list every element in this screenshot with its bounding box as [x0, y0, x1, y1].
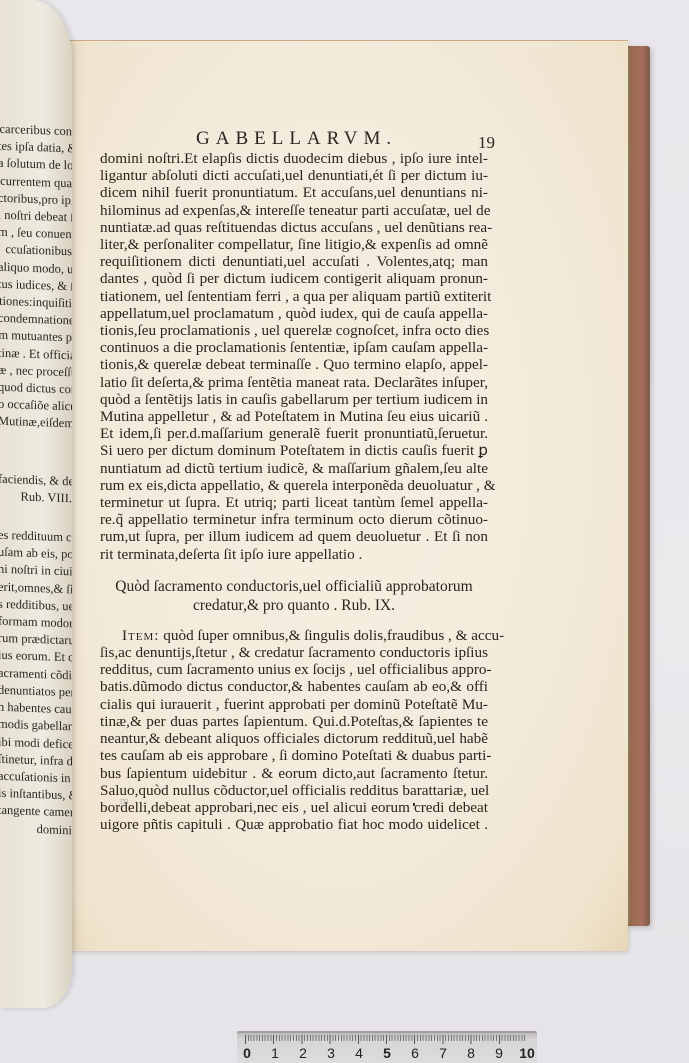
- text-line: dantes , quòd ſi per dictum iudicem cont…: [100, 270, 488, 287]
- initial-word: Item:: [122, 627, 160, 644]
- text-line: ligantur abſoluti dicti accuſati,uel den…: [100, 167, 488, 184]
- running-head: GABELLARVM.: [196, 128, 397, 150]
- ruler-label: 7: [439, 1045, 447, 1061]
- facing-line: Mutinæ,eiſdem p: [0, 413, 72, 433]
- paragraph-2: Item: quòd ſuper omnibus,& ſingulis doli…: [100, 627, 488, 833]
- ruler-label: 2: [299, 1045, 307, 1061]
- ruler-label: 5: [383, 1045, 391, 1061]
- text-line: Mutina appelletur , & ad Poteſtatem in M…: [100, 408, 488, 425]
- text-line: redditus, cum ſacramento unius ex ſocijs…: [100, 661, 488, 678]
- text-line: rum ex eis,dicta appellatio, & querela i…: [100, 477, 488, 494]
- ruler-labels: 0 1 2 3 4 5 6 7 8 9 10: [237, 1045, 537, 1063]
- text-line: ſis,ac denuntijs,ſtetur , & credatur ſac…: [100, 644, 488, 661]
- text-line: dicem nihil fuerit pronuntiatum. Et accu…: [100, 184, 488, 201]
- facing-line: ccuſationibus: [0, 241, 72, 261]
- text-line: liter,& perſonaliter compellatur, ſine l…: [100, 236, 488, 253]
- facing-gap: [0, 430, 72, 473]
- text-line: Item: quòd ſuper omnibus,& ſingulis doli…: [100, 627, 488, 644]
- facing-rubric-line: faciendis, & de: [0, 470, 72, 490]
- text-line: hilominus ad expenſas,& intereſſe teneat…: [100, 202, 488, 219]
- text-line: batis.dũmodo dictus conductor,& habentes…: [100, 678, 488, 695]
- facing-page-text: carceribus con tes ipſa datia, & a ſolut…: [0, 121, 72, 839]
- text-line: Et idem,ſi per.d.maſſarium generalẽ fuer…: [100, 425, 488, 442]
- text-line: nuntiatæ.ad quas reſtituendas dictus acc…: [100, 219, 488, 236]
- facing-line: modis gabellarum: [0, 716, 72, 736]
- ruler-label: 1: [271, 1045, 279, 1061]
- text-line: bus ſapientum uidebitur . & eorum dicto,…: [100, 765, 488, 782]
- text-line: tionis,ſeu proclamationis , uel querelæ …: [100, 322, 488, 339]
- text-line: requiſitionem dicti denuntiati,uel accuſ…: [100, 253, 488, 270]
- text-line: rit terminata,deſerta ſit ipſo iure appe…: [100, 546, 488, 563]
- facing-page-curl: carceribus con tes ipſa datia, & a ſolut…: [0, 0, 72, 1008]
- ruler-label: 9: [495, 1045, 503, 1061]
- page-body-text: domini noſtri.Et elapſis dictis duodecim…: [100, 150, 488, 833]
- ruler-label: 10: [519, 1045, 535, 1061]
- ruler-label: 0: [243, 1045, 251, 1061]
- ruler-label: 4: [355, 1045, 363, 1061]
- facing-line: m mutuantes p: [0, 327, 72, 347]
- facing-line: tangente camere l: [0, 802, 72, 822]
- text-line: rum,ut ſupra, per illum iudicem ad quem …: [100, 528, 488, 545]
- text-line: tinæ,& per duas partes ſapientum. Qui.d.…: [100, 713, 488, 730]
- ruler-ticks: [245, 1035, 527, 1044]
- text-line: tiationem, uel ſententiam ferri , a qua …: [100, 288, 488, 305]
- ruler-label: 3: [327, 1045, 335, 1061]
- facing-line: currentem qua: [0, 172, 72, 192]
- text-line: re.q̃ appellatio terminetur infra termin…: [100, 511, 488, 528]
- facing-line: domini: [0, 819, 72, 839]
- facing-line: a ſolutum de lo: [0, 155, 72, 175]
- text-line: uigore pñtis capituli . Quæ approbatio f…: [100, 816, 488, 833]
- ruler-label: 8: [467, 1045, 475, 1061]
- facing-line: ni noſtri in ciuit: [0, 561, 72, 581]
- text-line: quòd a ſentẽtijs latis in cauſis gabella…: [100, 391, 488, 408]
- text-line: Si uero per dictum dominum Poteſtatem in…: [100, 442, 488, 459]
- text-line: cialis qui iurauerit , fuerint approbati…: [100, 696, 488, 713]
- text-line: continuos a die proclamationis ſententiæ…: [100, 339, 488, 356]
- text-line: neantur,& debeant aliquos officiales dic…: [100, 730, 488, 747]
- rubric-line: Quòd ſacramento conductoris,uel official…: [100, 577, 488, 596]
- facing-line: ius eorum. Et qu: [0, 647, 72, 667]
- facing-line: ibi modi deficeret: [0, 733, 72, 753]
- rubric-line: credatur,& pro quanto . Rub. IX.: [100, 596, 488, 615]
- ruler-label: 6: [411, 1045, 419, 1061]
- text-line: tionis,& querelæ debeat terminaſſe . Quo…: [100, 356, 488, 373]
- text-line: tes cauſam ab eis approbare , ſi domino …: [100, 747, 488, 764]
- text-line: domini noſtri.Et elapſis dictis duodecim…: [100, 150, 488, 167]
- paragraph-1: domini noſtri.Et elapſis dictis duodecim…: [100, 150, 488, 563]
- facing-gap: [0, 505, 72, 530]
- text-line: Saluo,quòd nullus cõductor,uel officiali…: [100, 782, 488, 799]
- text-line: bordelli,debeat approbari,nec eis , uel …: [100, 799, 488, 816]
- rubric-heading: Quòd ſacramento conductoris,uel official…: [100, 577, 488, 615]
- text-line: latio ſit deſerta,& prima ſentẽtia manea…: [100, 374, 488, 391]
- show-through-mark: m: [120, 795, 129, 807]
- scale-ruler: 0 1 2 3 4 5 6 7 8 9 10: [237, 1031, 537, 1063]
- text-line: nuntiatum ad dictũ tertium iudicẽ, & maſ…: [100, 460, 488, 477]
- ink-speck: [413, 803, 415, 806]
- text-line: appellatum,uel proclamatum , quòd iudex,…: [100, 305, 488, 322]
- text-line: terminetur ut ſupra. Et utriq; parti lic…: [100, 494, 488, 511]
